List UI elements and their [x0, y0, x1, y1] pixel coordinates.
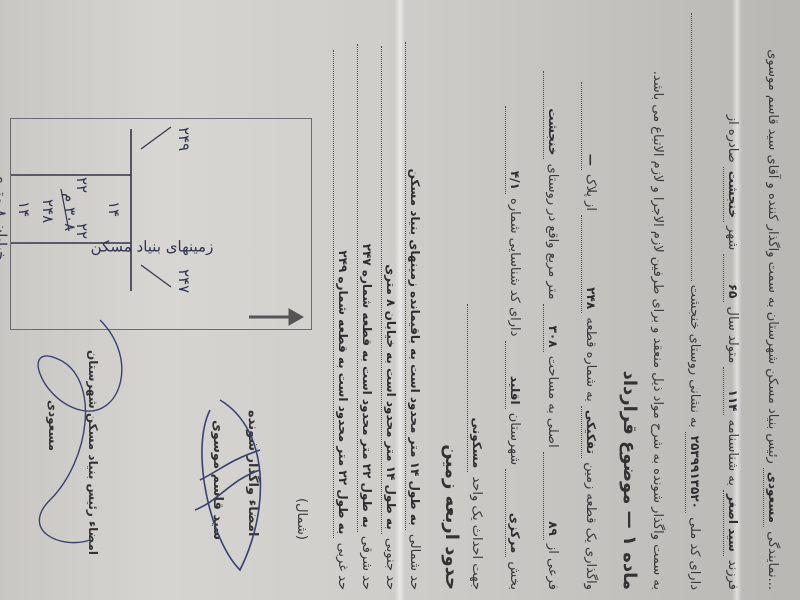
sketch-right-length: ۲۲	[73, 177, 91, 193]
boundary-north: حد شمالی به طول ۱۴ متر محدود است به باقی…	[405, 42, 424, 590]
intro-line-1: ...نمایندگی مسعودی رئیس بنیاد مسکن شهرست…	[763, 49, 782, 590]
father-name: سید اصغر	[723, 490, 742, 556]
village-name: خنجشت	[543, 71, 562, 159]
head-signature	[0, 300, 140, 560]
boundary-south: حد جنوبی به طول ۱۴ متر محدود است به خیاب…	[381, 46, 400, 590]
sketch-south-label: خیابان ۸ متری	[0, 172, 10, 260]
contract-page: ...نمایندگی مسعودی رئیس بنیاد مسکن شهرست…	[0, 0, 800, 600]
article1-line-4: جهت احداث یک واحد مسکونی	[467, 304, 486, 590]
id-number: ۱۱۴	[723, 367, 742, 415]
usage-type: مسکونی	[467, 304, 486, 472]
assignee-signature	[180, 390, 280, 590]
sketch-bottom-length: ۱۴	[15, 201, 33, 217]
plot-sketch-drawing	[11, 119, 311, 329]
issue-city: خنجشت	[723, 167, 742, 222]
intro-line-4: به سمت واگذار شونده به شرح مواد ذیل منعق…	[648, 71, 666, 590]
main-plaque: ۸۹	[543, 452, 562, 540]
plot-number: ۲۴۸	[581, 215, 600, 313]
district: مرکزی	[505, 469, 524, 557]
document-photo: ...نمایندگی مسعودی رئیس بنیاد مسکن شهرست…	[0, 0, 800, 600]
boundary-east: حد شرقی به طول ۲۲ متر محدود است به قطعه …	[357, 44, 376, 590]
national-id: ۲۵۳۹۹۱۳۵۲۰	[685, 432, 704, 513]
sketch-neighbor-east: ۲۴۷	[175, 269, 193, 293]
area: ۳۰۸	[543, 304, 562, 352]
sketch-neighbor-west: ۲۴۹	[175, 127, 193, 151]
article1-line-1: واگذاری یک قطعه زمین تفکیکی به شماره قطع…	[581, 82, 600, 590]
boundaries-heading: حدود اربعه زمین	[441, 444, 462, 590]
plaque-number: —	[581, 82, 600, 170]
north-note: (شمال)	[292, 498, 310, 540]
intro-line-2: فرزند سید اصغر به شناسنامه ۱۱۴ متولد سال…	[723, 115, 742, 590]
article1-heading: ماده ۱ — موضوع قرارداد	[619, 371, 640, 590]
sketch-top-length: ۱۴	[105, 201, 123, 217]
sketch-plot-number: ۲۴۸	[39, 199, 57, 223]
sketch-north-label: زمینهای بنیاد مسکن	[91, 237, 214, 255]
representative-name: مسعودی	[763, 468, 782, 527]
north-arrow-icon	[249, 309, 303, 325]
article1-line-2: فرعی از ۸۹ اصلی به مساحت ۳۰۸ متر مربع وا…	[543, 71, 562, 590]
identification-code: ۴/۱	[505, 106, 524, 194]
land-type: تفکیکی	[581, 406, 600, 458]
article1-line-3: بخش مرکزی شهرستان اقلید دارای کد شناسایی…	[505, 106, 524, 590]
sketch-left-length: ۲۲	[73, 223, 91, 239]
birth-year: ۶۵	[723, 254, 742, 302]
county: اقلید	[505, 341, 524, 409]
intro-line-3: دارای کد ملی ۲۵۳۹۹۱۳۵۲۰ به نشانی روستای …	[685, 13, 704, 590]
boundary-west: حد غربی به طول ۲۲ متر محدود است به قطعه …	[333, 50, 352, 590]
plot-sketch: زمینهای بنیاد مسکن ۱۴ ۳۰۸ م ۲۴۸ ۲۲ ۲۲ ۱۴…	[10, 118, 312, 330]
